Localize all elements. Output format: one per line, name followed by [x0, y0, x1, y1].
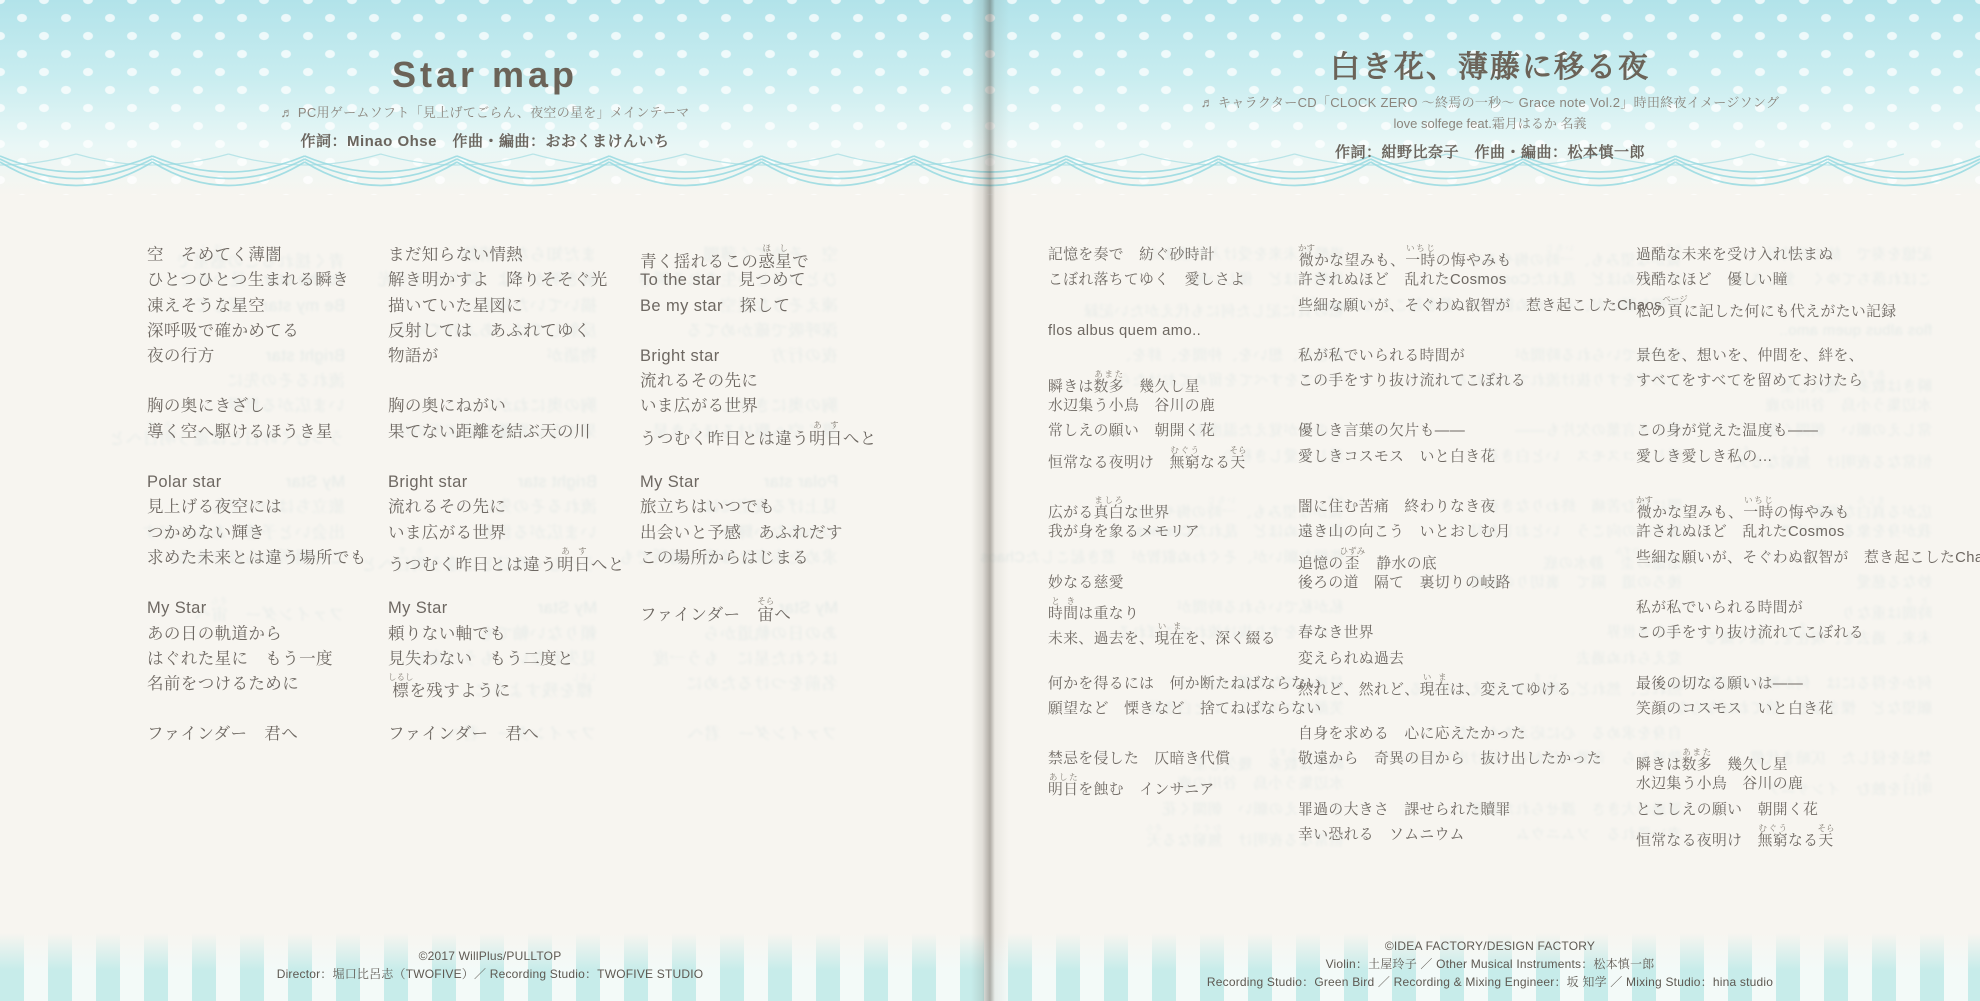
lyric-stanza: 微かすかな望みも、一時いちじの悔やみも許されぬほど 乱れたCosmos些細な願い…: [1636, 495, 1980, 571]
lyric-stanza: 景色を、想いを、仲間を、絆を、すべてをすべてを留めておけたら: [1636, 344, 1980, 395]
lyric-line: はぐれた星に もう一度: [147, 647, 367, 672]
lyric-stanza: 闇に住む苦痛 終わりなき夜遠き山の向こう いとおしむ月追憶の歪ひずみ 静水の底後…: [1298, 495, 1662, 596]
lyric-line: 果てない距離を結ぶ天の川: [388, 420, 625, 445]
lyric-line: この手をすり抜け流れてこぼれる: [1636, 621, 1980, 646]
lyrics-column: 青く揺れるこの惑星ほしでTo the star 見つめてBe my star 探…: [640, 243, 877, 647]
lyric-line: 常しえの願い 朝開く花: [1048, 419, 1322, 444]
lyric-line: 名前をつけるために: [147, 672, 367, 697]
lyric-line: My Star: [640, 470, 877, 495]
lyric-line: 敬遠から 奇異の目から 抜け出したかった: [1298, 747, 1662, 772]
lyric-line: 見失わない もう二度と: [388, 647, 625, 672]
lyric-line: 夜の行方: [147, 344, 367, 369]
lyric-line: 春なき世界: [1298, 621, 1662, 646]
footer-line: ©2017 WillPlus/PULLTOP: [40, 947, 940, 965]
lyric-line: Polar star: [147, 470, 367, 495]
lyric-stanza: Bright star流れるその先にいま広がる世界うつむく昨日とは違う明日あすへ…: [640, 344, 877, 445]
lyric-line: 私が私でいられる時間が: [1298, 344, 1662, 369]
lyric-line: 旅立ちはいつでも: [640, 495, 877, 520]
lyric-line: この身が覚えた温度も――: [1636, 419, 1980, 444]
lyric-line: 恒常なる夜明け 無窮むぐうなる天そら: [1048, 445, 1322, 470]
lyric-line: 笑顔のコスモス いと白き花: [1636, 697, 1980, 722]
lyric-line: 闇に住む苦痛 終わりなき夜: [1298, 495, 1662, 520]
lyric-line: 最後の切なる願いは――: [1636, 672, 1980, 697]
lyric-stanza: My Starあの日の軌道からはぐれた星に もう一度名前をつけるために: [147, 596, 367, 697]
lyric-stanza: 胸の奥にきざし導く空へ駆けるほうき星: [147, 394, 367, 445]
lyric-line: 流れるその先に: [388, 495, 625, 520]
lyric-line: 時間ときは重なり: [1048, 596, 1322, 621]
footer-line: Violin：土屋玲子 ／ Other Musical Instruments：…: [1010, 955, 1970, 973]
lyric-line: 追憶の歪ひずみ 静水の底: [1298, 546, 1662, 571]
footer-line: Director：堀口比呂志（TWOFIVE）／ Recording Studi…: [40, 965, 940, 983]
lyric-line: 然れど、然れど、現在いまは、変えてゆける: [1298, 672, 1662, 697]
lyric-line: My Star: [388, 596, 625, 621]
song-credits: 作詞：紺野比奈子 作曲・編曲：松本慎一郎: [1015, 141, 1965, 162]
lyric-line: 微かすかな望みも、一時いちじの悔やみも: [1636, 495, 1980, 520]
lyric-stanza: 優しき言葉の欠片も――愛しきコスモス いと白き花: [1298, 419, 1662, 470]
lyric-line: つかめない輝き: [147, 521, 367, 546]
lyric-line: 我が身を象るメモリア: [1048, 520, 1322, 545]
lyrics-column: 微かすかな望みも、一時いちじの悔やみも許されぬほど 乱れたCosmos些細な願い…: [1298, 243, 1662, 873]
lyric-stanza: ファインダー 君へ: [388, 722, 625, 747]
lyric-line: 深呼吸で確かめてる: [147, 319, 367, 344]
lyric-stanza: 記憶を奏で 紡ぐ砂時計こぼれ落ちてゆく 愛しさよ: [1048, 243, 1322, 294]
page-title: 白き花、薄藤に移る夜: [1015, 42, 1965, 86]
song-source-subtitle: ♬PC用ゲームソフト「見上げてごらん、夜空の星を」メインテーマ: [20, 102, 950, 121]
lyric-line: とこしえの願い 朝開く花: [1636, 798, 1980, 823]
lyric-line: まだ知らない情熱: [388, 243, 625, 268]
lyric-stanza: 自身を求める 心に応えたかった敬遠から 奇異の目から 抜け出したかった: [1298, 722, 1662, 773]
lyric-stanza: Polar star見上げる夜空にはつかめない輝き求めた未来とは違う場所でも: [147, 470, 367, 571]
lyric-line: 胸の奥にきざし: [147, 394, 367, 419]
lyric-stanza: ファインダー 宙そらへ: [640, 596, 877, 621]
lyric-line: 出会いと予感 あふれだす: [640, 521, 877, 546]
lyric-line: この場所からはじまる: [640, 546, 877, 571]
lyric-line: 導く空へ駆けるほうき星: [147, 420, 367, 445]
lyric-line: 残酷なほど 優しい瞳: [1636, 268, 1980, 293]
lyric-line: 頼りない軸でも: [388, 622, 625, 647]
lyric-line: Bright star: [388, 470, 625, 495]
lyric-line: 景色を、想いを、仲間を、絆を、: [1636, 344, 1980, 369]
lyric-line: 些細な願いが、そぐわぬ叡智が 惹き起こしたChaos: [1298, 294, 1662, 319]
lyric-stanza: 私が私でいられる時間がこの手をすり抜け流れてこぼれる: [1636, 596, 1980, 647]
music-note-icon: ♬: [281, 105, 294, 120]
lyric-stanza: まだ知らない情熱解き明かすよ 降りそそぐ光描いていた星図に反射しては あふれてゆ…: [388, 243, 625, 369]
lyric-line: すべてをすべてを留めておけたら: [1636, 369, 1980, 394]
song-source-subtitle: ♬キャラクターCD「CLOCK ZERO ～終焉の一秒～ Grace note …: [1015, 92, 1965, 111]
lyric-line: 些細な願いが、そぐわぬ叡智が 惹き起こしたChaos: [1636, 546, 1980, 571]
lyric-line: 広がる真白ましろな世界: [1048, 495, 1322, 520]
song-credits: 作詞：Minao Ohse 作曲・編曲：おおくまけんいち: [20, 130, 950, 151]
lyric-stanza: ファインダー 君へ: [147, 722, 367, 747]
lyric-line: Bright star: [640, 344, 877, 369]
lyric-stanza: 瞬きは数多あまた 幾久し星水辺集う小鳥 谷川の鹿とこしえの願い 朝開く花恒常なる…: [1636, 747, 1980, 848]
left-page-footer: ©2017 WillPlus/PULLTOPDirector：堀口比呂志（TWO…: [40, 947, 940, 983]
lyric-line: あの日の軌道から: [147, 622, 367, 647]
lyric-line: うつむく昨日とは違う明日あすへと: [640, 420, 877, 445]
lyric-line: flos albus quem amo..: [1048, 319, 1322, 344]
subtitle-text: キャラクターCD「CLOCK ZERO ～終焉の一秒～ Grace note V…: [1218, 95, 1779, 110]
lyric-line: 水辺集う小鳥 谷川の鹿: [1048, 394, 1322, 419]
footer-line: Recording Studio：Green Bird ／ Recording …: [1010, 973, 1970, 991]
lyric-line: 罪過の大きさ 課せられた贖罪: [1298, 798, 1662, 823]
lyric-stanza: flos albus quem amo..: [1048, 319, 1322, 344]
lyric-line: 描いていた星図に: [388, 294, 625, 319]
music-note-icon: ♬: [1201, 95, 1214, 110]
lyric-line: 遠き山の向こう いとおしむ月: [1298, 520, 1662, 545]
lyrics-column: 空 そめてく薄闇ひとつひとつ生まれる瞬き凍えそうな星空深呼吸で確かめてる夜の行方…: [147, 243, 367, 773]
lyric-line: この手をすり抜け流れてこぼれる: [1298, 369, 1662, 394]
booklet-spread: Star map ♬PC用ゲームソフト「見上げてごらん、夜空の星を」メインテーマ…: [0, 0, 1980, 1001]
subtitle-text: PC用ゲームソフト「見上げてごらん、夜空の星を」メインテーマ: [298, 105, 690, 120]
lyric-line: 記憶を奏で 紡ぐ砂時計: [1048, 243, 1322, 268]
lyric-stanza: 罪過の大きさ 課せられた贖罪幸い恐れる ソムニウム: [1298, 798, 1662, 849]
lyric-line: ファインダー 宙そらへ: [640, 596, 877, 621]
lyric-stanza: My Star旅立ちはいつでも出会いと予感 あふれだすこの場所からはじまる: [640, 470, 877, 571]
lyric-line: うつむく昨日とは違う明日あすへと: [388, 546, 625, 571]
lyric-line: 許されぬほど 乱れたCosmos: [1636, 520, 1980, 545]
lyric-line: 解き明かすよ 降りそそぐ光: [388, 268, 625, 293]
lyric-line: 私の頁ページに記した何にも代えがたい記録: [1636, 294, 1980, 319]
lyric-line: 過酷な未来を受け入れ怯まぬ: [1636, 243, 1980, 268]
right-page-header: 白き花、薄藤に移る夜 ♬キャラクターCD「CLOCK ZERO ～終焉の一秒～ …: [1015, 42, 1965, 162]
lyric-stanza: 胸の奥にねがい果てない距離を結ぶ天の川: [388, 394, 625, 445]
lyric-line: 空 そめてく薄闇: [147, 243, 367, 268]
lyric-line: To the star 見つめて: [640, 268, 877, 293]
lyric-stanza: 広がる真白ましろな世界我が身を象るメモリア: [1048, 495, 1322, 546]
lyric-stanza: 私が私でいられる時間がこの手をすり抜け流れてこぼれる: [1298, 344, 1662, 395]
lyrics-column: 記憶を奏で 紡ぐ砂時計こぼれ落ちてゆく 愛しさよflos albus quem …: [1048, 243, 1322, 823]
lyric-line: 禁忌を侵した 仄暗き代償: [1048, 747, 1322, 772]
lyric-line: My Star: [147, 596, 367, 621]
lyric-line: ひとつひとつ生まれる瞬き: [147, 268, 367, 293]
lyric-line: 優しき言葉の欠片も――: [1298, 419, 1662, 444]
lyric-stanza: 青く揺れるこの惑星ほしでTo the star 見つめてBe my star 探…: [640, 243, 877, 319]
lyric-line: ファインダー 君へ: [147, 722, 367, 747]
page-title: Star map: [20, 54, 950, 96]
lyric-line: 後ろの道 隔て 裏切りの岐路: [1298, 571, 1662, 596]
lyric-line: いま広がる世界: [640, 394, 877, 419]
center-fold-gutter: [971, 0, 1009, 1001]
lyric-stanza: 空 そめてく薄闇ひとつひとつ生まれる瞬き凍えそうな星空深呼吸で確かめてる夜の行方: [147, 243, 367, 369]
lyric-stanza: 最後の切なる願いは――笑顔のコスモス いと白き花: [1636, 672, 1980, 723]
lyric-line: 愛しき愛しき私の…: [1636, 445, 1980, 470]
lyric-line: こぼれ落ちてゆく 愛しさよ: [1048, 268, 1322, 293]
lyric-line: 標しるしを残すように: [388, 672, 625, 697]
lyric-line: 何かを得るには 何か断たねばならない: [1048, 672, 1322, 697]
lyric-line: 明日あしたを蝕む インサニア: [1048, 772, 1322, 797]
lyric-line: 幸い恐れる ソムニウム: [1298, 823, 1662, 848]
lyric-line: 物語が: [388, 344, 625, 369]
lyric-line: いま広がる世界: [388, 521, 625, 546]
lyric-line: 胸の奥にねがい: [388, 394, 625, 419]
lyric-line: 変えられぬ過去: [1298, 647, 1662, 672]
artist-subtitle: love solfege feat.霜月はるか 名義: [1015, 113, 1965, 132]
lyric-stanza: 微かすかな望みも、一時いちじの悔やみも許されぬほど 乱れたCosmos些細な願い…: [1298, 243, 1662, 319]
lyric-stanza: 過酷な未来を受け入れ怯まぬ残酷なほど 優しい瞳私の頁ページに記した何にも代えがた…: [1636, 243, 1980, 319]
lyric-line: 微かすかな望みも、一時いちじの悔やみも: [1298, 243, 1662, 268]
lyric-stanza: Bright star流れるその先にいま広がる世界うつむく昨日とは違う明日あすへ…: [388, 470, 625, 571]
right-page-footer: ©IDEA FACTORY/DESIGN FACTORYViolin：土屋玲子 …: [1010, 937, 1970, 991]
lyric-line: 妙なる慈愛: [1048, 571, 1322, 596]
lyric-line: 私が私でいられる時間が: [1636, 596, 1980, 621]
footer-line: ©IDEA FACTORY/DESIGN FACTORY: [1010, 937, 1970, 955]
lyric-line: 見上げる夜空には: [147, 495, 367, 520]
lyrics-column: まだ知らない情熱解き明かすよ 降りそそぐ光描いていた星図に反射しては あふれてゆ…: [388, 243, 625, 773]
lyric-line: 許されぬほど 乱れたCosmos: [1298, 268, 1662, 293]
lyric-line: Be my star 探して: [640, 294, 877, 319]
lyric-stanza: この身が覚えた温度も――愛しき愛しき私の…: [1636, 419, 1980, 470]
lyric-line: 愛しきコスモス いと白き花: [1298, 445, 1662, 470]
lyric-line: 願望など 慄きなど 捨てねばならない: [1048, 697, 1322, 722]
lyrics-column: 過酷な未来を受け入れ怯まぬ残酷なほど 優しい瞳私の頁ページに記した何にも代えがた…: [1636, 243, 1980, 873]
lyric-line: 自身を求める 心に応えたかった: [1298, 722, 1662, 747]
lyric-line: 流れるその先に: [640, 369, 877, 394]
lyric-line: 求めた未来とは違う場所でも: [147, 546, 367, 571]
lyric-stanza: 妙なる慈愛時間ときは重なり未来、過去を、現在いまを、深く綴る: [1048, 571, 1322, 647]
lyric-stanza: 瞬きは数多あまた 幾久し星水辺集う小鳥 谷川の鹿常しえの願い 朝開く花恒常なる夜…: [1048, 369, 1322, 470]
lyric-stanza: My Star頼りない軸でも見失わない もう二度と標しるしを残すように: [388, 596, 625, 697]
lyric-line: 反射しては あふれてゆく: [388, 319, 625, 344]
lyric-line: 青く揺れるこの惑星ほしで: [640, 243, 877, 268]
lyric-stanza: 禁忌を侵した 仄暗き代償明日あしたを蝕む インサニア: [1048, 747, 1322, 798]
lyric-line: 瞬きは数多あまた 幾久し星: [1636, 747, 1980, 772]
lyric-stanza: 春なき世界変えられぬ過去然れど、然れど、現在いまは、変えてゆける: [1298, 621, 1662, 697]
left-page-header: Star map ♬PC用ゲームソフト「見上げてごらん、夜空の星を」メインテーマ…: [20, 54, 950, 151]
lyric-line: ファインダー 君へ: [388, 722, 625, 747]
lyric-line: 水辺集う小鳥 谷川の鹿: [1636, 772, 1980, 797]
lyric-line: 瞬きは数多あまた 幾久し星: [1048, 369, 1322, 394]
lyric-line: 凍えそうな星空: [147, 294, 367, 319]
lyric-line: 恒常なる夜明け 無窮むぐうなる天そら: [1636, 823, 1980, 848]
lyric-stanza: 何かを得るには 何か断たねばならない願望など 慄きなど 捨てねばならない: [1048, 672, 1322, 723]
